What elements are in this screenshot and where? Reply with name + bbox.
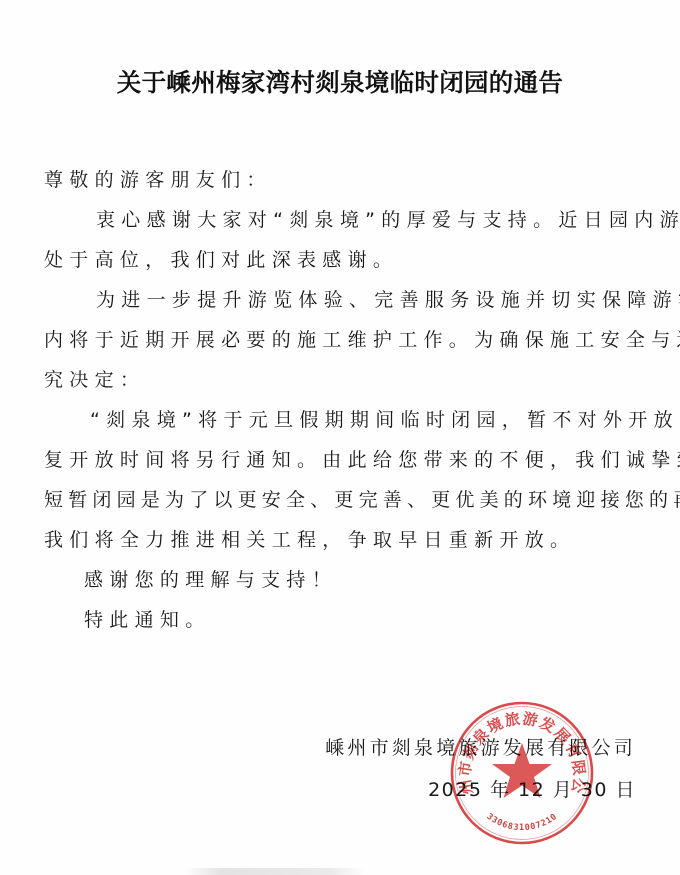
paragraph-appreciation: 感谢您的理解与支持！ — [44, 560, 644, 600]
svg-text:3306831007210: 3306831007210 — [485, 812, 560, 833]
paragraph-line: 感谢您的理解与支持！ — [44, 560, 644, 600]
paragraph-line: “剡泉境”将于元旦假期期间临时闭园，暂不对外开放，具体恢 — [44, 400, 644, 440]
seal-code: 3306831007210 — [485, 812, 560, 833]
paragraph-closure: “剡泉境”将于元旦假期期间临时闭园，暂不对外开放，具体恢 复开放时间将另行通知。… — [44, 400, 644, 560]
greeting: 尊敬的游客朋友们： — [44, 160, 644, 200]
greeting-text: 尊敬的游客朋友们： — [44, 160, 644, 200]
paragraph-line: 内将于近期开展必要的施工维护工作。为确保施工安全与进度，经研 — [44, 320, 644, 360]
paragraph-line: 衷心感谢大家对“剡泉境”的厚爱与支持。近日园内游客量持续 — [44, 200, 644, 240]
paragraph-thanks: 衷心感谢大家对“剡泉境”的厚爱与支持。近日园内游客量持续 处于高位，我们对此深表… — [44, 200, 644, 280]
paragraph-closing: 特此通知。 — [44, 600, 644, 640]
paragraph-line: 处于高位，我们对此深表感谢。 — [44, 240, 644, 280]
paragraph-reason: 为进一步提升游览体验、完善服务设施并切实保障游客安全，园 内将于近期开展必要的施… — [44, 280, 644, 400]
paragraph-line: 究决定： — [44, 360, 644, 400]
paragraph-line: 复开放时间将另行通知。由此给您带来的不便，我们诚挚致歉。本次 — [44, 440, 644, 480]
paragraph-line: 我们将全力推进相关工程，争取早日重新开放。 — [44, 520, 644, 560]
document-title: 关于嵊州梅家湾村剡泉境临时闭园的通告 — [0, 64, 680, 99]
watermark-smudge — [185, 868, 365, 875]
paragraph-line: 为进一步提升游览体验、完善服务设施并切实保障游客安全，园 — [44, 280, 644, 320]
paragraph-line: 短暂闭园是为了以更安全、更完善、更优美的环境迎接您的再次到来。 — [44, 480, 644, 520]
star-icon — [492, 743, 552, 798]
company-seal-icon: 嵊州市剡泉境旅游发展有限公司 3306831007210 — [449, 700, 595, 846]
paragraph-line: 特此通知。 — [44, 600, 644, 640]
document-body: 尊敬的游客朋友们： 衷心感谢大家对“剡泉境”的厚爱与支持。近日园内游客量持续 处… — [44, 160, 644, 640]
notice-page: 关于嵊州梅家湾村剡泉境临时闭园的通告 尊敬的游客朋友们： 衷心感谢大家对“剡泉境… — [0, 0, 680, 875]
